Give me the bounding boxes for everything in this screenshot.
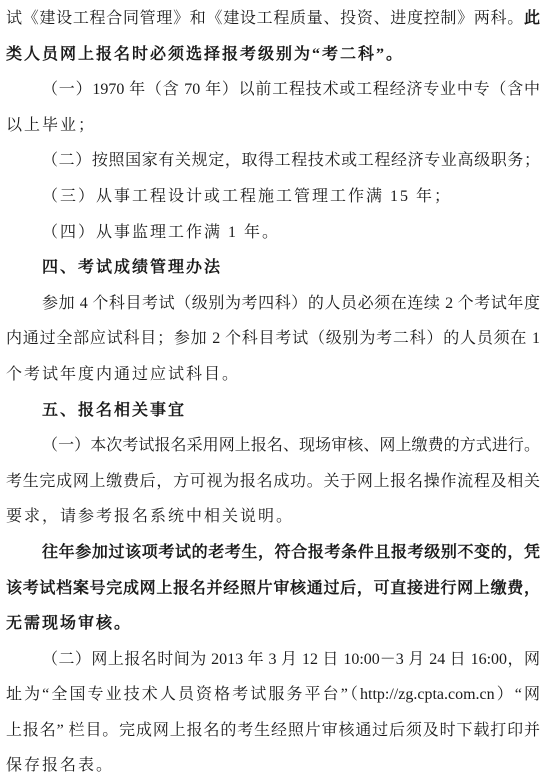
text-line: （二）网上报名时间为 2013 年 3 月 12 日 10:00－3 月 24 … <box>6 642 540 678</box>
text-line: 参加 4 个科目考试（级别为考四科）的人员必须在连续 2 个考试年度 <box>6 286 540 322</box>
text-run: 以上毕业； <box>6 117 96 134</box>
text-line: 址为“全国专业技术人员资格考试服务平台”（http://zg.cpta.com.… <box>6 677 540 713</box>
bold-text-run: 往年参加过该项考试的老考生，符合报考条件且报考级别不变的，凭 <box>42 544 540 561</box>
text-run: 参加 4 个科目考试（级别为考四科）的人员必须在连续 2 个考试年度 <box>42 295 540 312</box>
text-line: 无需现场审核。 <box>6 606 540 642</box>
text-line: （二）按照国家有关规定，取得工程技术或工程经济专业高级职务； <box>6 143 540 179</box>
text-run: 上报名” 栏目。完成网上报名的考生经照片审核通过后须及时下载打印并 <box>6 722 540 739</box>
text-run: （四）从事监理工作满 1 年。 <box>42 224 280 241</box>
text-line: 个考试年度内通过应试科目。 <box>6 357 540 393</box>
bold-text-run: 无需现场审核。 <box>6 615 132 632</box>
text-line: 试《建设工程合同管理》和《建设工程质量、投资、进度控制》两科。此 <box>6 1 540 37</box>
text-line: 四、考试成绩管理办法 <box>6 250 540 286</box>
text-line: 保存报名表。 <box>6 748 540 777</box>
document-body: 试《建设工程合同管理》和《建设工程质量、投资、进度控制》两科。此类人员网上报名时… <box>6 1 540 777</box>
text-line: （三）从事工程设计或工程施工管理工作满 15 年； <box>6 179 540 215</box>
text-run: （二）网上报名时间为 2013 年 3 月 12 日 10:00－3 月 24 … <box>42 651 540 668</box>
text-line: 考生完成网上缴费后，方可视为报名成功。关于网上报名操作流程及相关 <box>6 464 540 500</box>
text-run: （二）按照国家有关规定，取得工程技术或工程经济专业高级职务； <box>42 152 540 169</box>
text-run: 要求，请参考报名系统中相关说明。 <box>6 508 294 525</box>
text-line: 该考试档案号完成网上报名并经照片审核通过后，可直接进行网上缴费， <box>6 571 540 607</box>
text-run: 试《建设工程合同管理》和《建设工程质量、投资、进度控制》两科。 <box>6 10 524 27</box>
text-line: 内通过全部应试科目；参加 2 个科目考试（级别为考二科）的人员须在 1 <box>6 321 540 357</box>
text-run: （一）1970 年（含 70 年）以前工程技术或工程经济专业中专（含中专） <box>6 81 540 108</box>
bold-text-run: 四、考试成绩管理办法 <box>42 259 222 276</box>
text-run: 保存报名表。 <box>6 757 114 774</box>
text-line: 上报名” 栏目。完成网上报名的考生经照片审核通过后须及时下载打印并 <box>6 713 540 749</box>
text-line: （一）1970 年（含 70 年）以前工程技术或工程经济专业中专（含中专） <box>6 72 540 108</box>
text-run: 考生完成网上缴费后，方可视为报名成功。关于网上报名操作流程及相关 <box>6 473 540 490</box>
text-line: （一）本次考试报名采用网上报名、现场审核、网上缴费的方式进行。 <box>6 428 540 464</box>
bold-text-run: 五、报名相关事宜 <box>42 402 186 419</box>
document-page: 试《建设工程合同管理》和《建设工程质量、投资、进度控制》两科。此类人员网上报名时… <box>0 0 547 777</box>
text-line: 要求，请参考报名系统中相关说明。 <box>6 499 540 535</box>
text-run: （一）本次考试报名采用网上报名、现场审核、网上缴费的方式进行。 <box>42 437 540 454</box>
text-run: 址为“全国专业技术人员资格考试服务平台”（http://zg.cpta.com.… <box>6 686 540 703</box>
text-run: （三）从事工程设计或工程施工管理工作满 15 年； <box>42 188 452 205</box>
text-line: 往年参加过该项考试的老考生，符合报考条件且报考级别不变的，凭 <box>6 535 540 571</box>
bold-text-run: 类人员网上报名时必须选择报考级别为“考二科”。 <box>6 46 404 63</box>
text-line: 类人员网上报名时必须选择报考级别为“考二科”。 <box>6 37 540 73</box>
text-line: 五、报名相关事宜 <box>6 393 540 429</box>
bold-text-run: 此 <box>524 10 540 27</box>
text-run: 内通过全部应试科目；参加 2 个科目考试（级别为考二科）的人员须在 1 <box>6 330 540 347</box>
text-line: （四）从事监理工作满 1 年。 <box>6 215 540 251</box>
text-run: 个考试年度内通过应试科目。 <box>6 366 240 383</box>
bold-text-run: 该考试档案号完成网上报名并经照片审核通过后，可直接进行网上缴费， <box>6 580 540 597</box>
text-line: 以上毕业； <box>6 108 540 144</box>
